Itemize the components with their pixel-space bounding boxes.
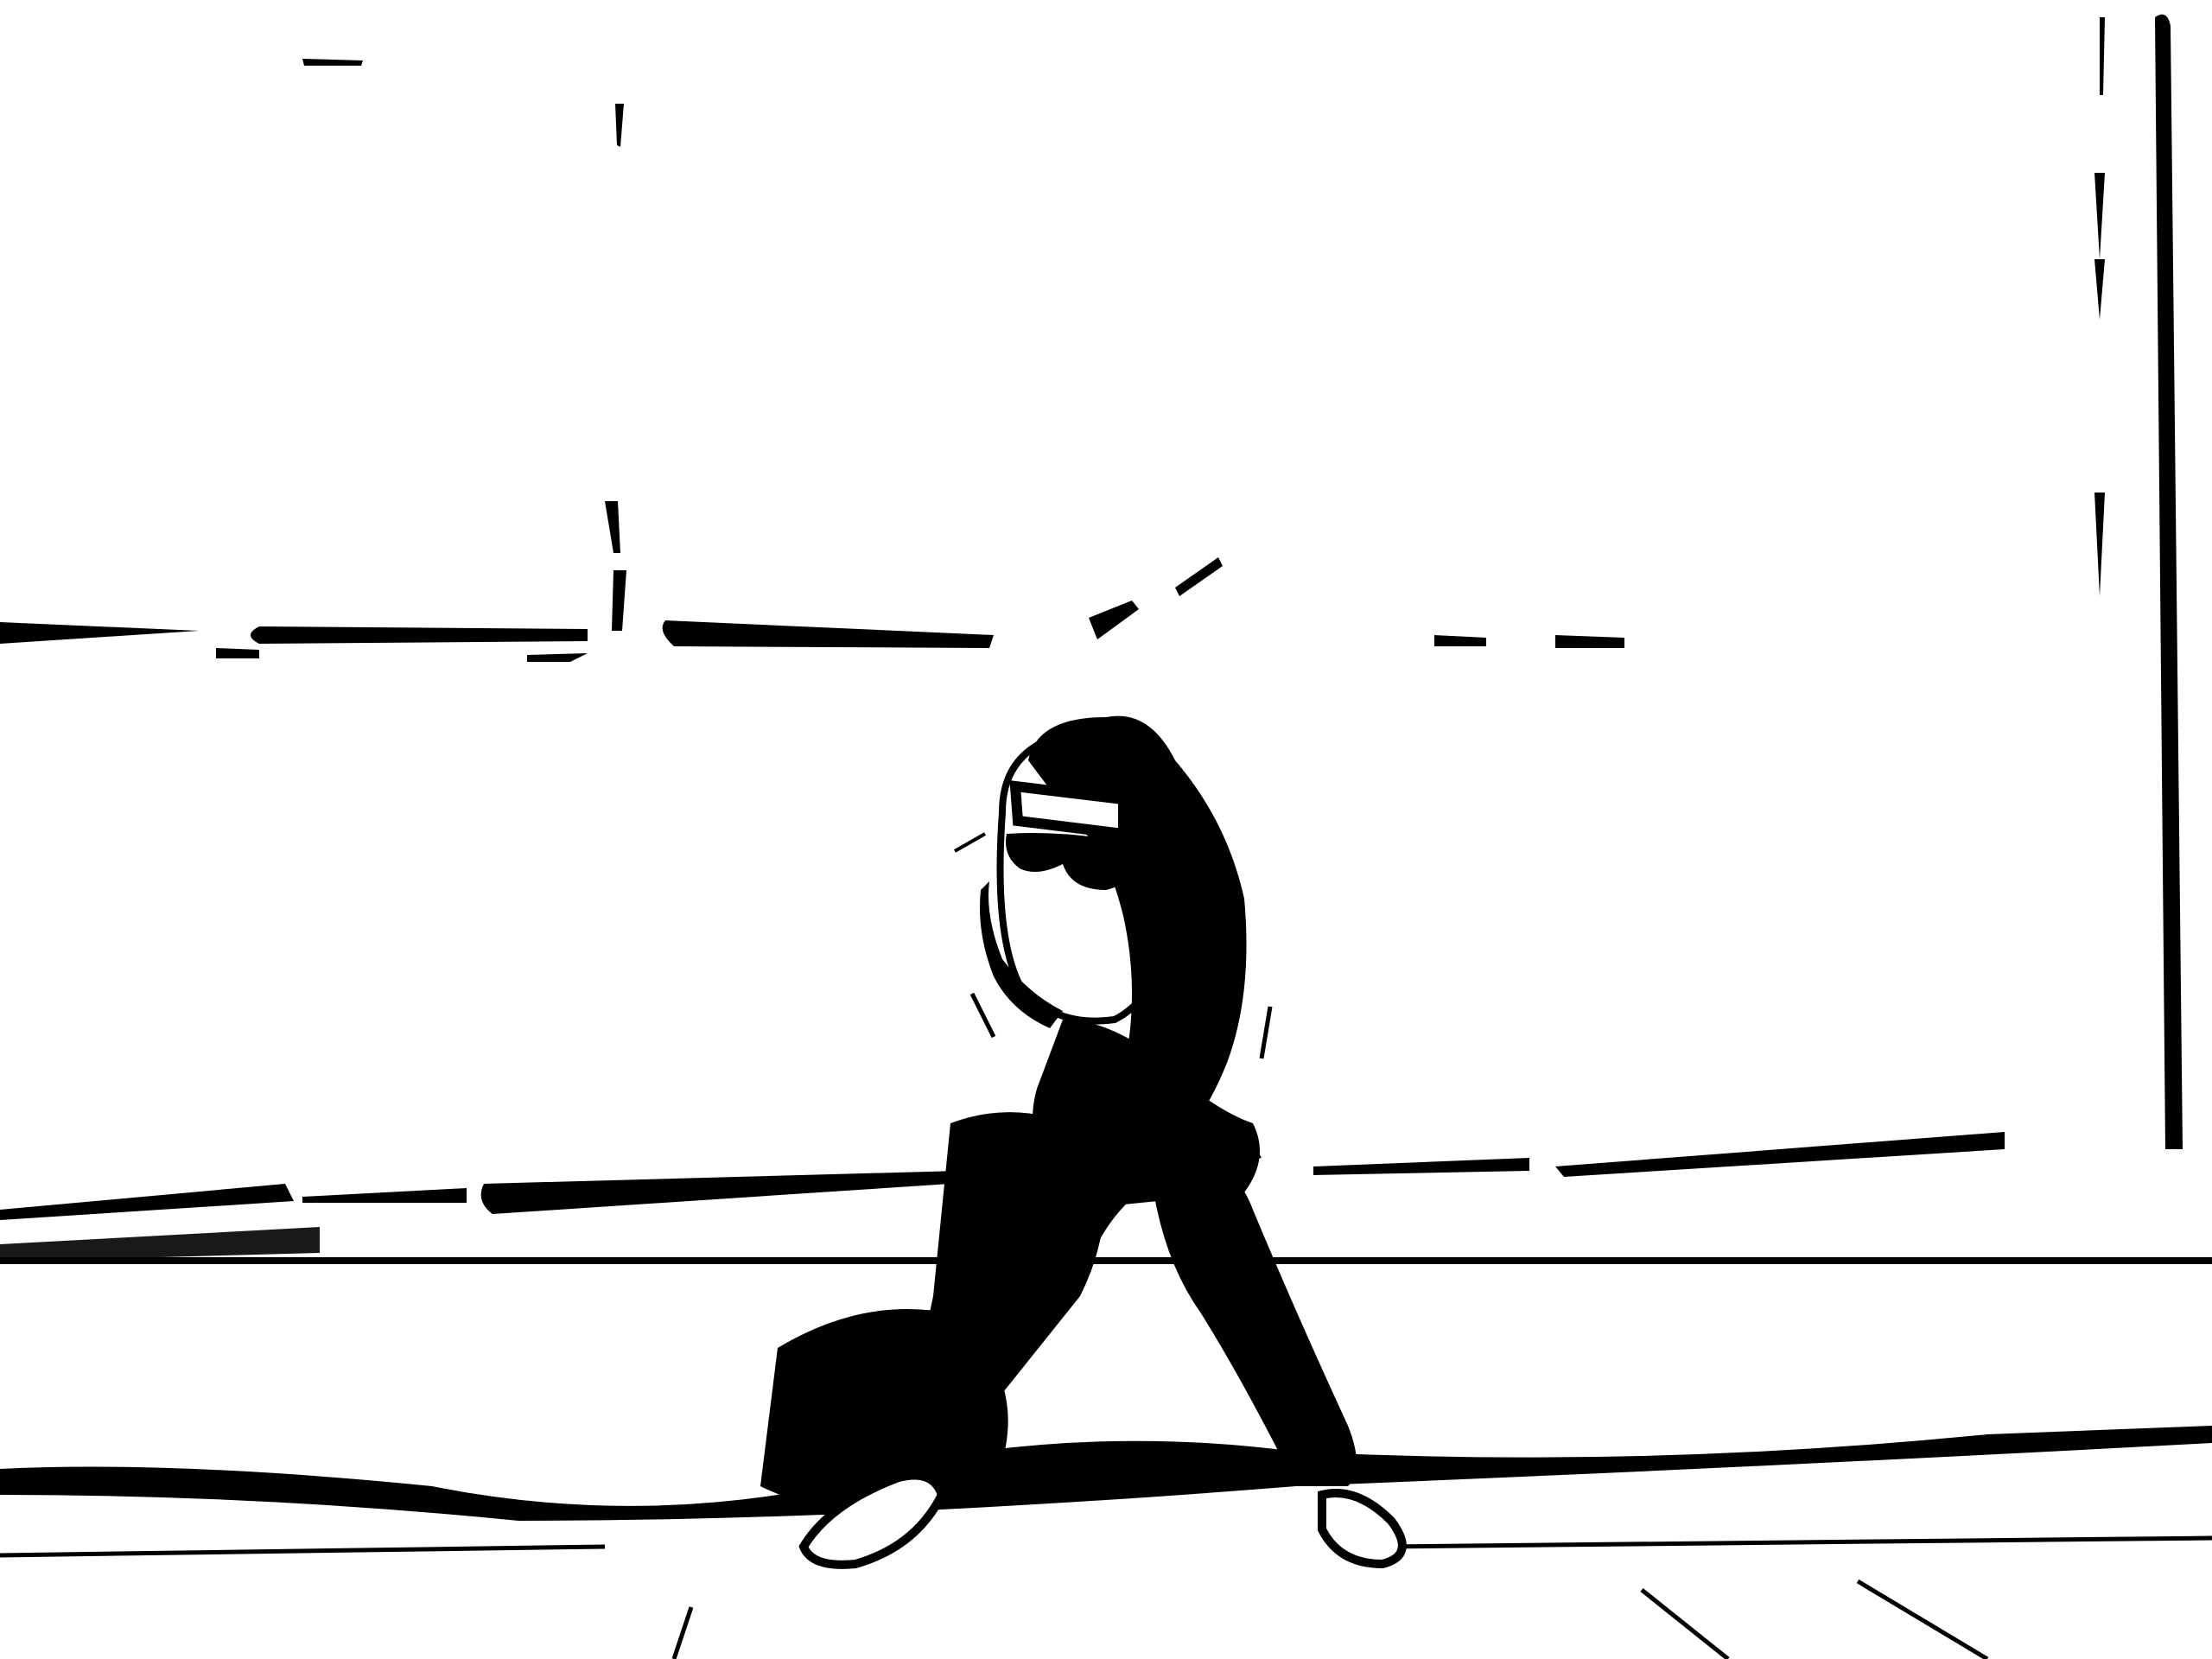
headband (1015, 786, 1123, 834)
illustration (0, 0, 2212, 1659)
